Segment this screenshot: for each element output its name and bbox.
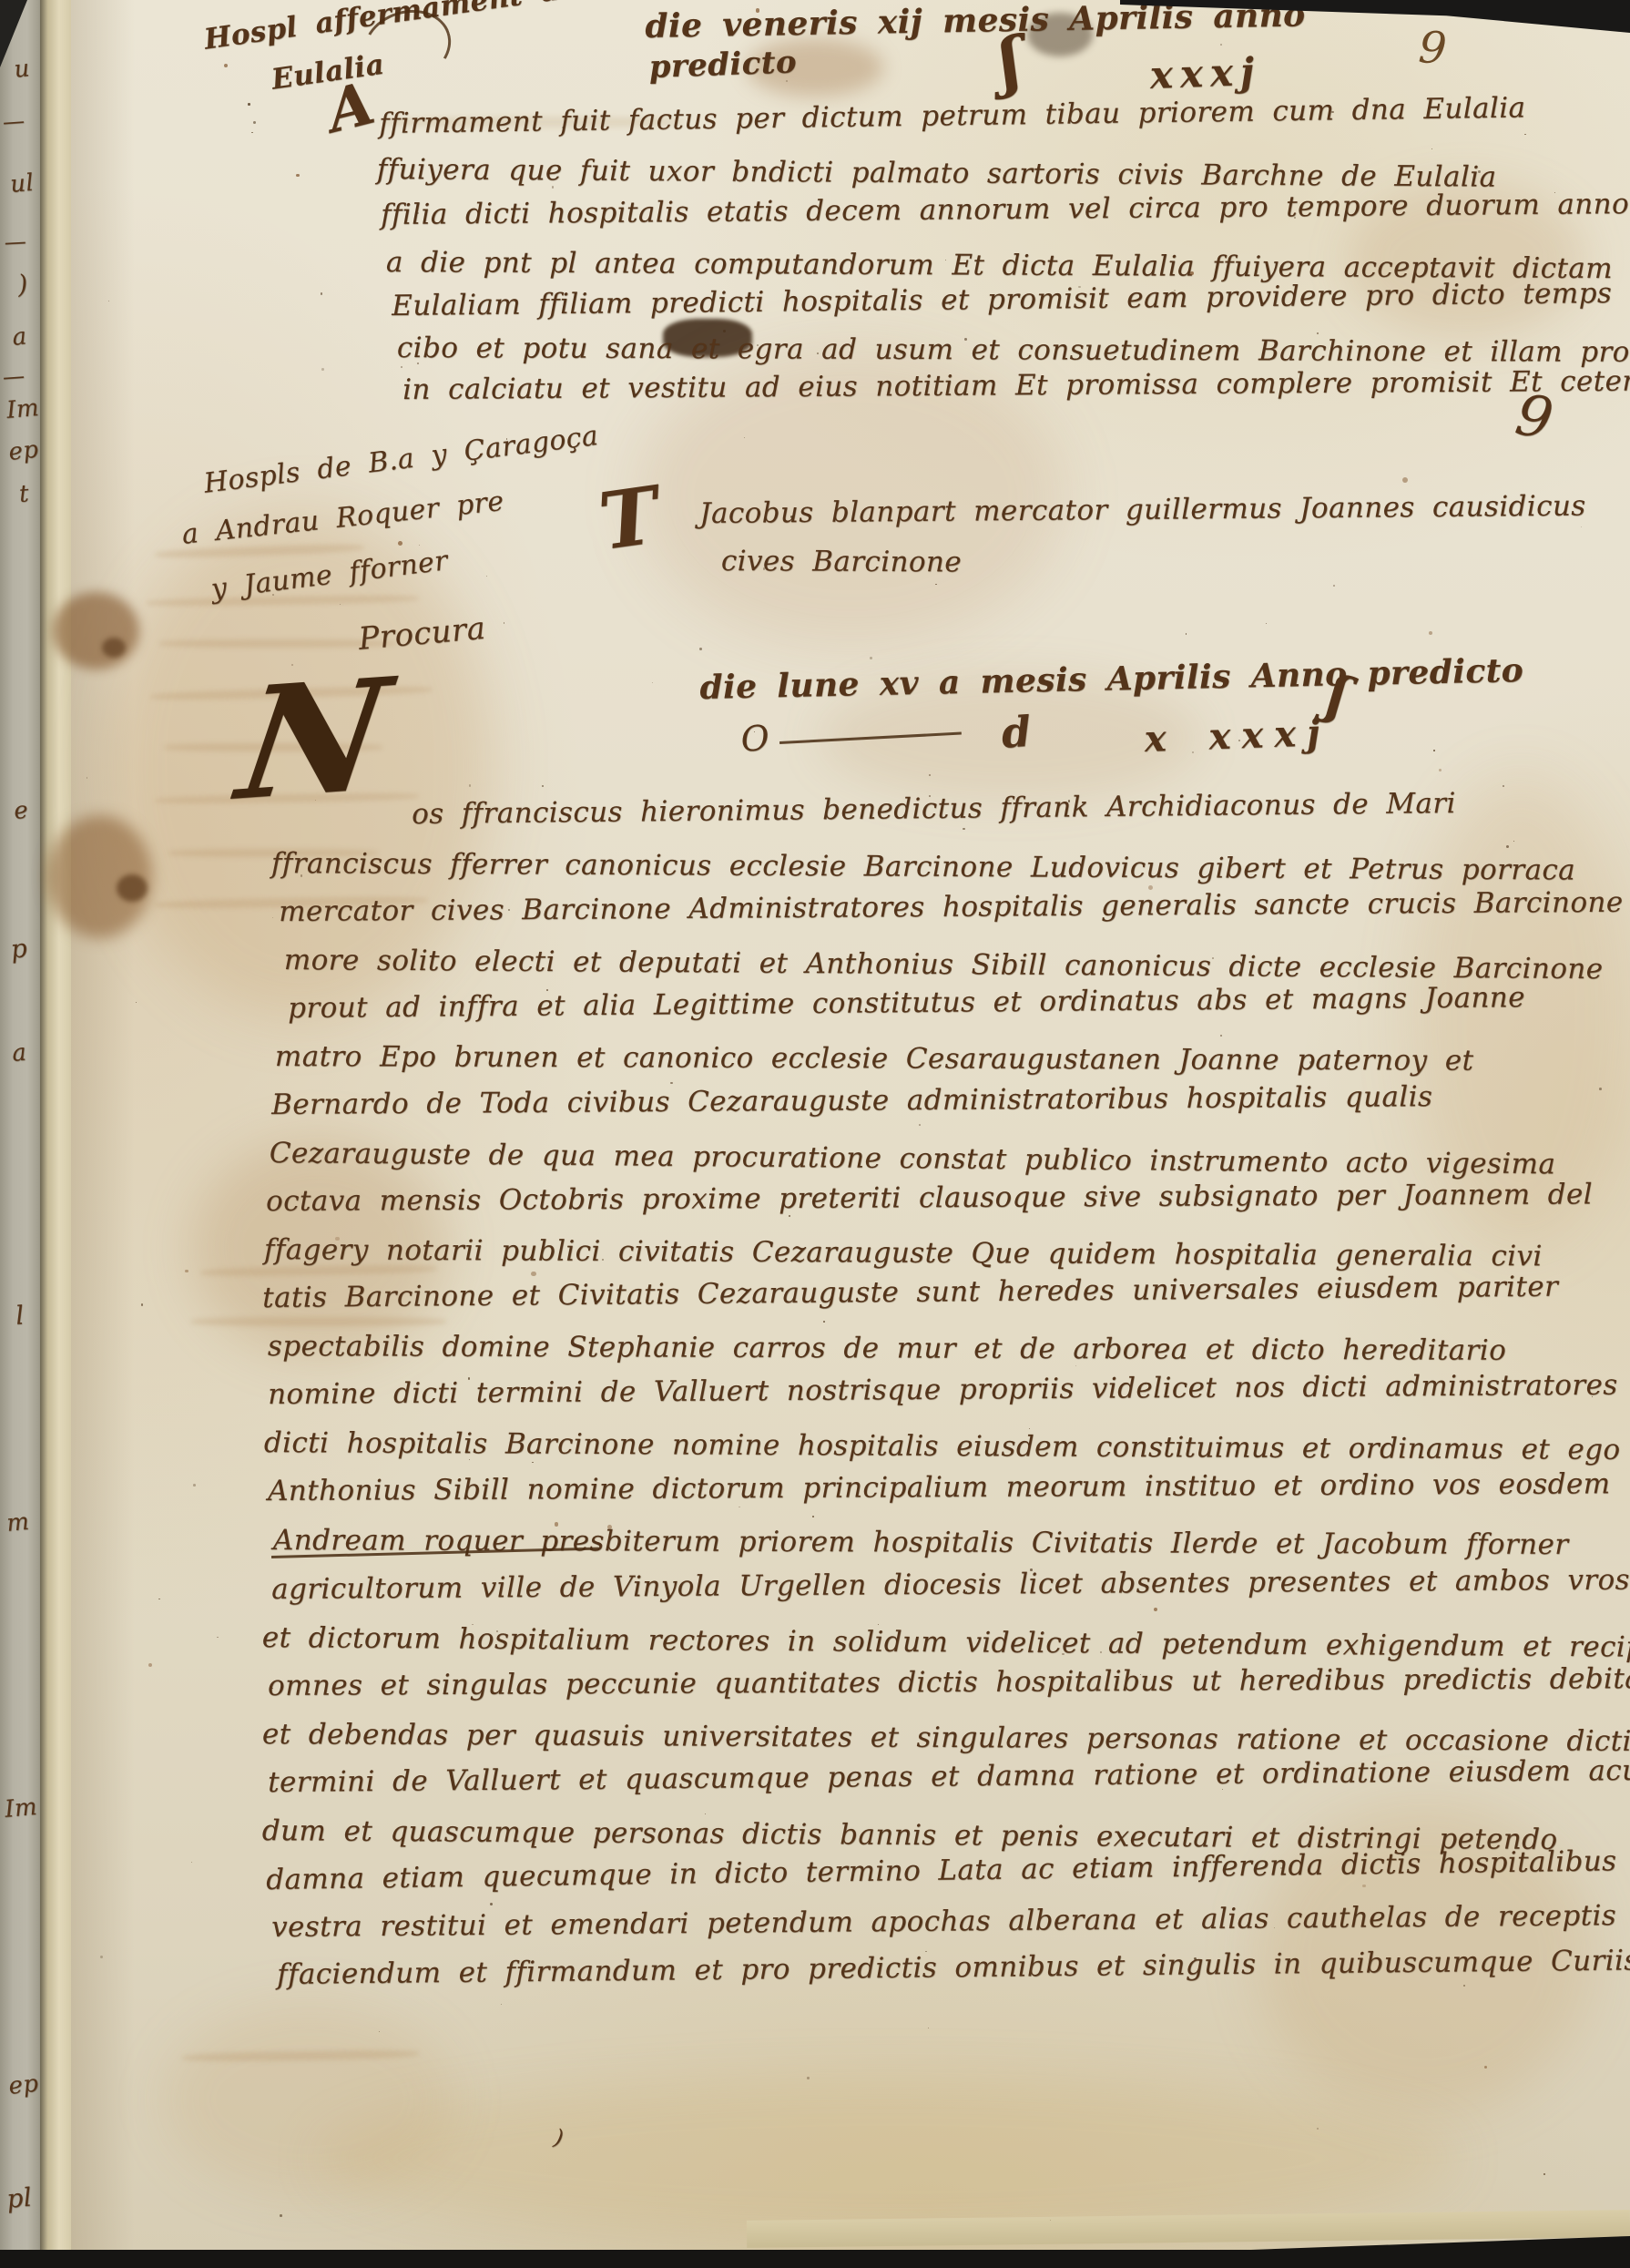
witness-line2: cives Barcinone [721,545,962,578]
foxing-speck [956,1836,959,1839]
foxing-speck [928,2028,929,2028]
foxing-speck [1429,631,1432,635]
stain [53,592,139,669]
foxing-speck [321,292,322,294]
gutter-shadow [71,0,135,2257]
gutter-stroke: a [11,322,28,351]
foxing-speck [757,344,759,346]
background-bottom-band [0,2250,1630,2268]
gutter-stroke: m [5,1508,31,1538]
gutter-stroke: ul [9,169,35,199]
foxing-speck [291,664,293,666]
foxing-speck [1478,170,1481,173]
folio-number: 9 [1417,22,1449,75]
manuscript-scan: u — ul — ) a — Im ep t e p a l m Im ep p… [0,0,1630,2268]
foxing-speck [1154,1608,1157,1611]
foxing-speck [878,1624,879,1625]
manuscript-line: ffranciscus fferrer canonicus ecclesie B… [271,847,1575,886]
foxing-speck [1524,134,1526,136]
foxing-speck [1078,286,1081,289]
foxing-speck [321,368,324,371]
foxing-speck [1506,845,1509,848]
foxing-speck [1431,148,1432,149]
foxing-speck [1220,44,1222,46]
gutter-stroke: Im [4,1793,38,1824]
manuscript-line: Anthonius Sibill nomine dictorum princip… [268,1467,1611,1507]
foxing-speck [296,174,299,177]
gutter-stroke: a [11,1039,27,1068]
foxing-speck [756,8,760,13]
foxing-speck [552,186,555,189]
foxing-speck [185,1270,188,1272]
foxing-speck [723,330,726,332]
foxing-speck [790,516,792,517]
foxing-speck [949,302,952,305]
pen-flourish: d [1000,707,1033,758]
entry2-initial-capital: N [229,644,399,835]
foxing-speck [1266,623,1267,624]
foxing-speck [1148,885,1153,890]
foxing-speck [335,1237,340,1241]
foxing-speck [1402,477,1408,483]
gutter-stroke: — [4,229,27,255]
manuscript-line: ffagery notarii publici civitatis Cezara… [264,1233,1543,1272]
foxing-speck [688,813,690,816]
stain [102,638,126,658]
foxing-speck [1333,585,1335,587]
ink-bleedthrough [191,1317,446,1326]
foxing-speck [506,438,507,439]
foxing-speck [141,1303,143,1305]
gutter-stroke: p [9,933,29,965]
foxing-speck [1030,1568,1033,1571]
manuscript-line: cibo et potu sana et egra ad usum et con… [397,332,1630,369]
gutter-stroke: Im [5,394,40,424]
foxing-speck [193,1484,196,1486]
foxing-speck [108,301,109,301]
foxing-speck [1463,1985,1464,1986]
foxing-speck [1309,1061,1312,1064]
gutter-stroke: e [13,797,29,825]
foxing-speck [964,338,967,341]
foxing-speck [1280,1867,1282,1869]
stain [164,2004,455,2195]
manuscript-line: spectabilis domine Stephanie carros de m… [268,1330,1506,1367]
foxing-speck [496,1630,498,1632]
entry2-year-roman: x xxxj [1144,711,1331,761]
page-fore-edge [40,0,75,2263]
foxing-speck [945,260,946,261]
pen-flourish: O [739,718,771,760]
foxing-speck [398,541,402,546]
foxing-speck [274,720,276,721]
entry1-year-roman: xxxj [1149,49,1262,97]
foxing-speck [1331,111,1333,113]
gutter-stroke: pl [5,2182,33,2214]
entry1-predicto: predicto [648,44,798,86]
witness-paraph: T [594,469,665,568]
foxing-speck [1503,785,1504,787]
gutter-stroke: u [13,55,31,84]
foxing-speck [1212,957,1214,959]
foxing-speck [963,828,964,830]
foxing-speck [812,1516,814,1517]
foxing-speck [925,1951,926,1952]
stain [117,874,148,902]
foxing-speck [248,103,250,105]
foxing-speck [1362,1885,1366,1888]
foxing-speck [550,1535,551,1536]
foxing-speck [301,874,303,877]
foxing-speck [763,567,765,569]
manuscript-line: Andream roquer presbiterum priorem hospi… [273,1524,1569,1561]
foxing-speck [158,1599,160,1600]
foxing-speck [966,1591,967,1592]
foxing-speck [1543,2173,1545,2175]
manuscript-line: matro Epo brunen et canonico ecclesie Ce… [275,1040,1474,1078]
foxing-speck [789,1215,790,1217]
gutter-stroke: ep [7,2070,40,2100]
foxing-speck [486,576,487,577]
gutter-stroke: t [18,480,30,508]
gutter-stroke: — [2,107,25,135]
foxing-speck [542,785,543,786]
foxing-speck [562,127,564,128]
foxing-speck [1186,633,1187,635]
foxing-speck [823,1321,825,1323]
foxing-speck [602,1259,604,1261]
foxing-speck [272,594,274,596]
manuscript-line: octava mensis Octobris proxime preteriti… [266,1178,1593,1218]
foxing-speck [807,2077,809,2079]
gutter-stroke: ep [7,436,40,466]
foxing-speck [670,1082,672,1084]
foxing-speck [280,2214,282,2217]
gutter-stroke: — [2,363,25,390]
foxing-speck [100,1956,103,1958]
foxing-speck [1100,1651,1102,1653]
